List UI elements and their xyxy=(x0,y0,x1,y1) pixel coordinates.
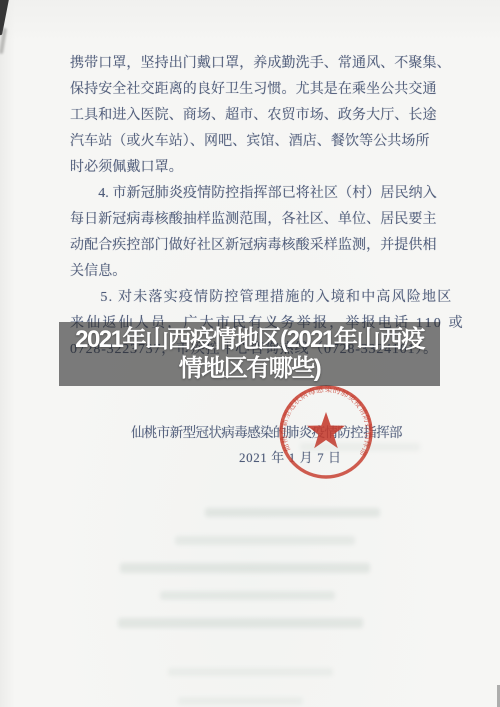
document-line: 携带口罩，坚持出门戴口罩，养成勤洗手、常通风、不聚集、 xyxy=(70,51,460,77)
overlay-title-line1: 2021年山西疫情地区(2021年山西疫 xyxy=(75,325,424,354)
bleed-through-smudge xyxy=(175,536,355,545)
scanned-document-page: 携带口罩，坚持出门戴口罩，养成勤洗手、常通风、不聚集、 保持安全社交距离的良好卫… xyxy=(0,0,500,707)
document-body: 携带口罩，坚持出门戴口罩，养成勤洗手、常通风、不聚集、 保持安全社交距离的良好卫… xyxy=(70,51,460,363)
document-line: 5. 对未落实疫情防控管理措施的入境和中高风险地区 xyxy=(70,285,460,311)
document-line: 汽车站（或火车站）、网吧、宾馆、酒店、餐饮等公共场所 xyxy=(70,129,460,155)
bleed-through-smudge xyxy=(118,618,363,628)
bleed-through-smudge xyxy=(205,508,380,517)
document-line: 保持安全社交距离的良好卫生习惯。尤其是在乘坐公共交通 xyxy=(70,77,460,103)
bleed-through-smudge xyxy=(178,697,303,705)
document-line: 时必须佩戴口罩。 xyxy=(70,155,460,181)
document-line: 工具和进入医院、商场、超市、农贸市场、政务大厅、长途 xyxy=(70,103,460,129)
document-line: 每日新冠病毒核酸抽样监测范围，各社区、单位、居民要主 xyxy=(70,207,460,233)
overlay-title-line2: 情地区有哪些) xyxy=(179,354,321,383)
title-overlay-banner: 2021年山西疫情地区(2021年山西疫 情地区有哪些) xyxy=(59,322,440,386)
bleed-through-smudge xyxy=(300,443,420,451)
bleed-through-smudge xyxy=(168,668,333,676)
document-line: 动配合疾控部门做好社区新冠病毒核酸采样监测，并提供相 xyxy=(70,233,460,259)
document-line: 关信息。 xyxy=(70,259,460,285)
bleed-through-smudge xyxy=(120,563,370,573)
document-line: 4. 市新冠肺炎疫情防控指挥部已将社区（村）居民纳入 xyxy=(70,181,460,207)
bleed-through-smudge xyxy=(160,591,335,600)
